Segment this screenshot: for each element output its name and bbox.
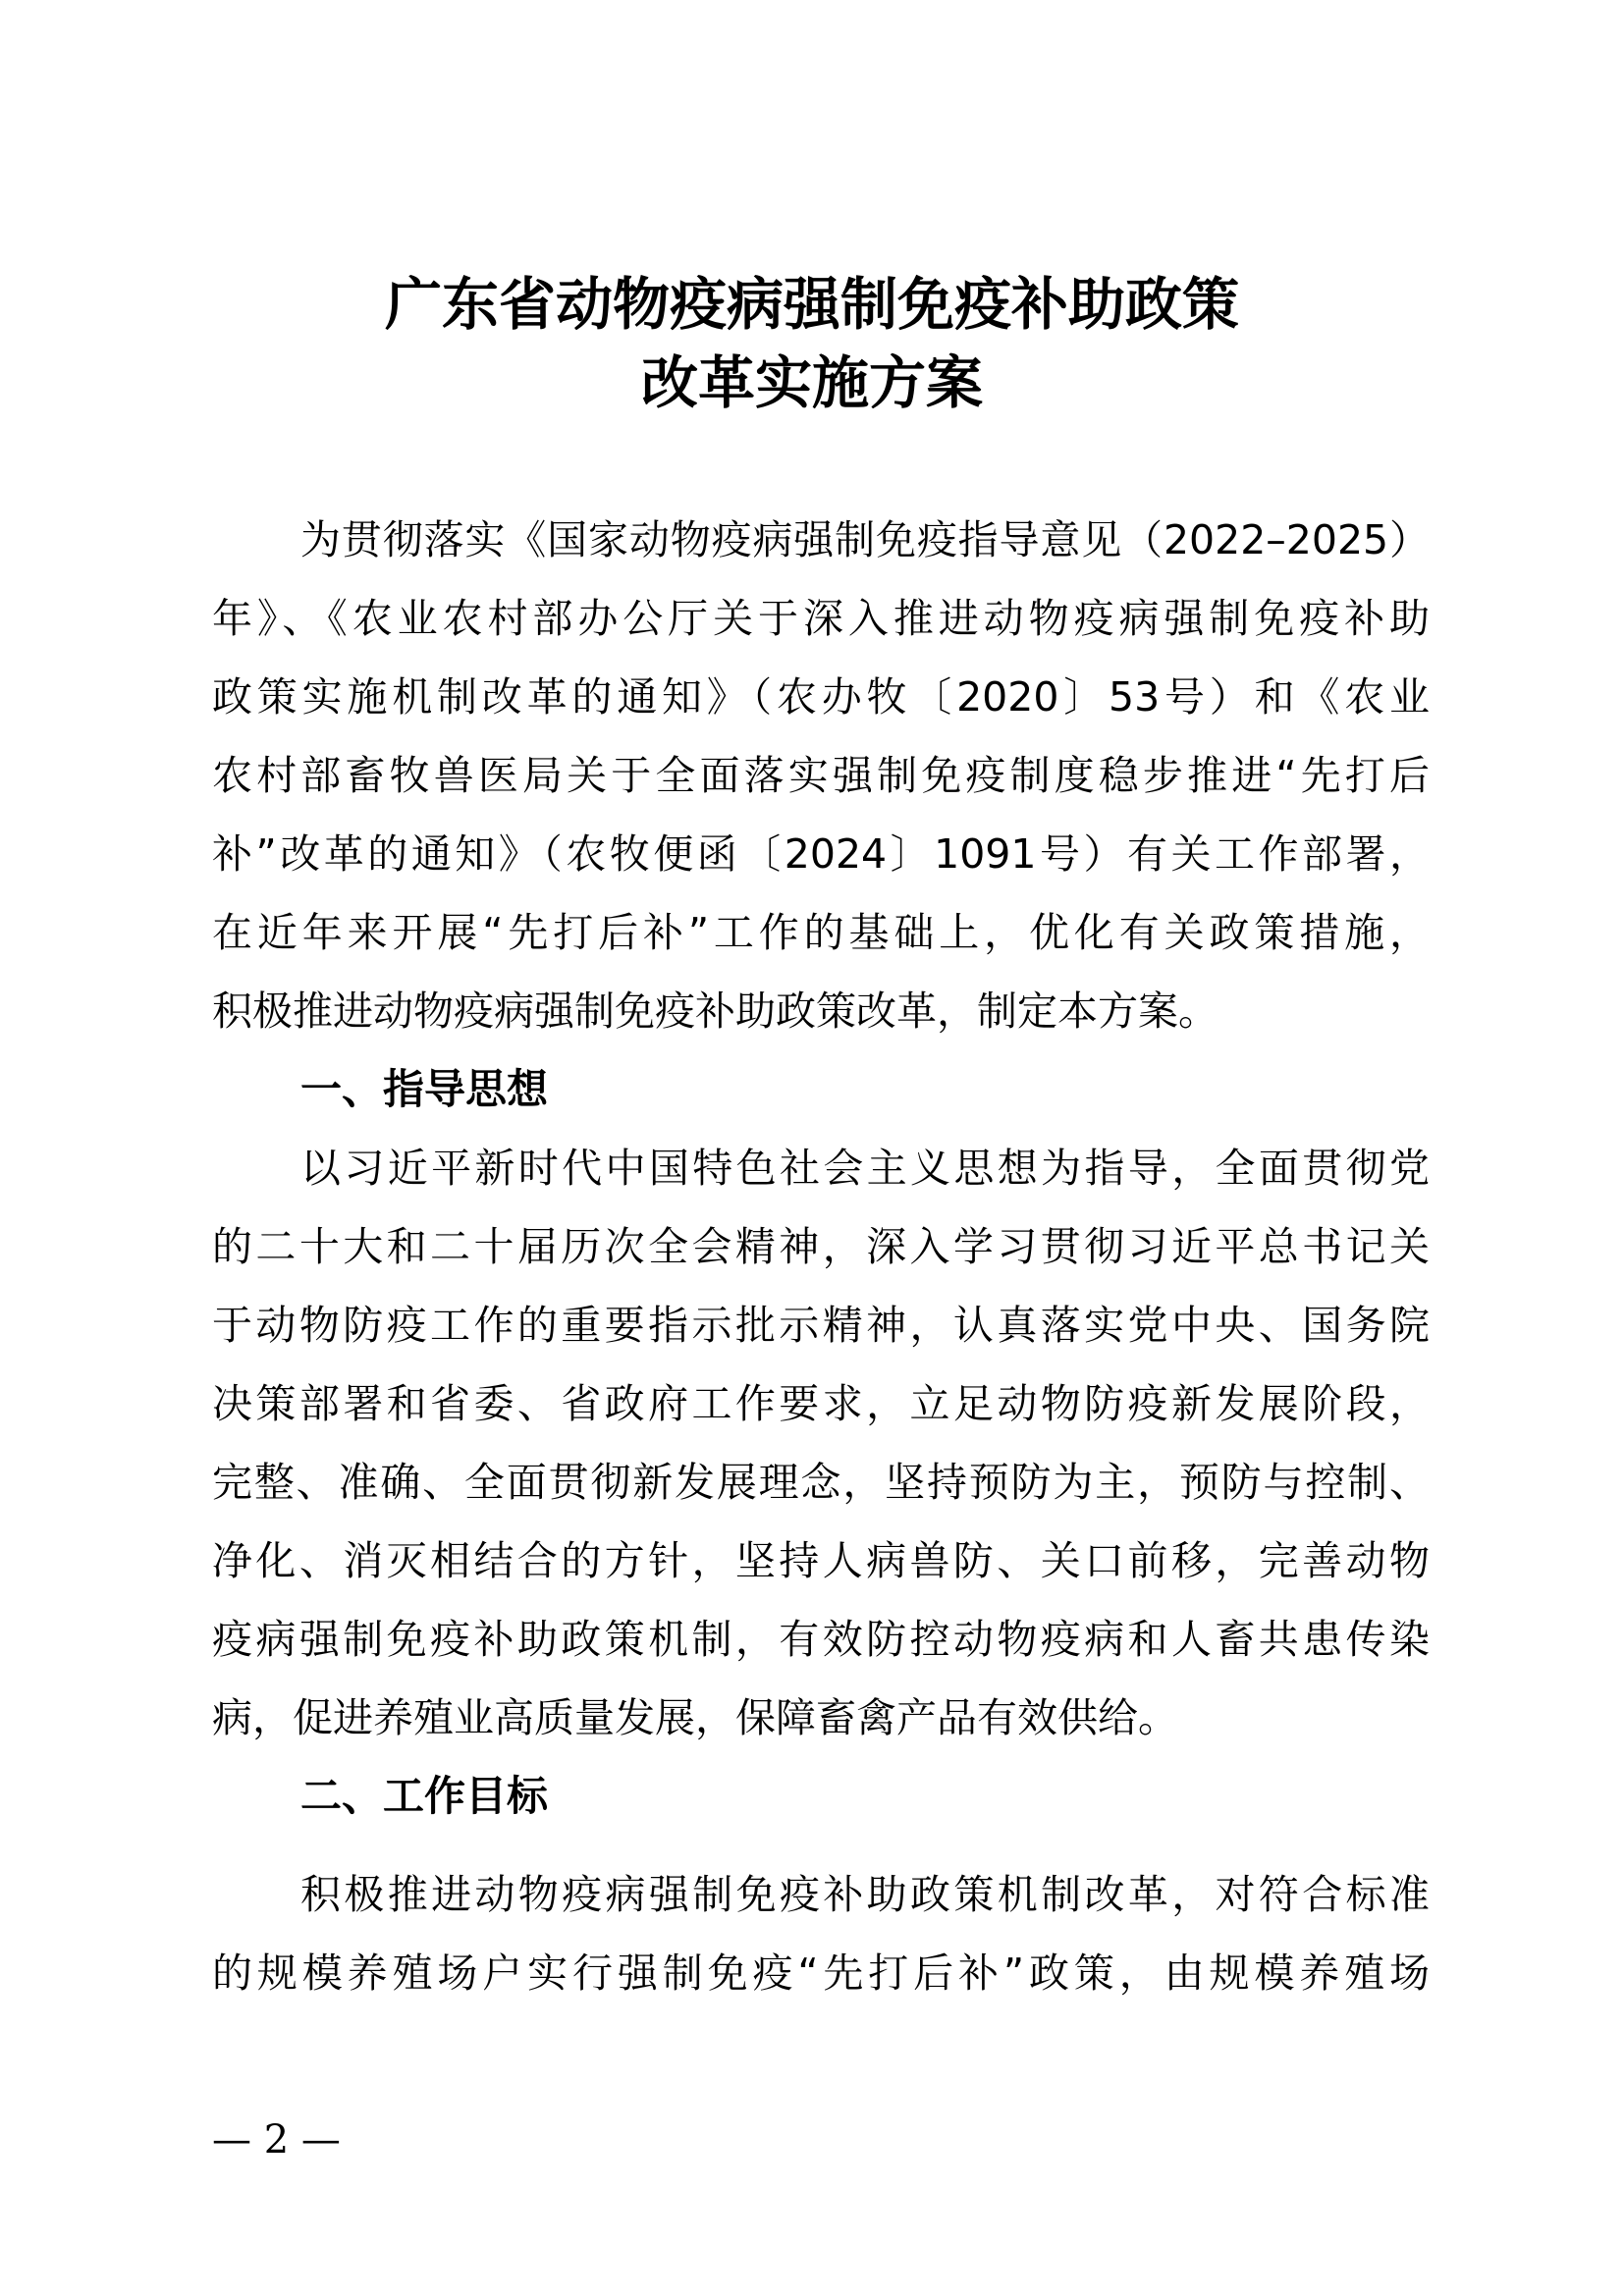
section-heading-guiding-ideology: 一、指导思想 — [300, 1060, 548, 1119]
intro-line-6: 在近年来开展“先打后补”工作的基础上，优化有关政策措施， — [212, 903, 1430, 962]
section1-line-5: 完整、准确、全面贯彻新发展理念，坚持预防为主，预防与控制、 — [212, 1453, 1430, 1512]
section1-line-2: 的二十大和二十届历次全会精神，深入学习贯彻习近平总书记关 — [212, 1217, 1430, 1276]
section1-line-3: 于动物防疫工作的重要指示批示精神，认真落实党中央、国务院 — [212, 1296, 1430, 1355]
intro-line-3: 政策实施机制改革的通知》（农办牧〔2020〕53号）和《农业 — [212, 667, 1430, 726]
intro-line-4: 农村部畜牧兽医局关于全面落实强制免疫制度稳步推进“先打后 — [212, 746, 1430, 805]
intro-line-1: 为贯彻落实《国家动物疫病强制免疫指导意见（2022–2025） — [300, 510, 1430, 569]
section1-line-8: 病，促进养殖业高质量发展，保障畜禽产品有效供给。 — [212, 1688, 1430, 1747]
intro-line-2: 年》、《农业农村部办公厅关于深入推进动物疫病强制免疫补助 — [212, 589, 1430, 648]
section1-line-7: 疫病强制免疫补助政策机制，有效防控动物疫病和人畜共患传染 — [212, 1610, 1430, 1669]
section-heading-work-goals: 二、工作目标 — [300, 1767, 548, 1826]
intro-line-5: 补”改革的通知》（农牧便函〔2024〕1091号）有关工作部署， — [212, 825, 1430, 883]
intro-line-7: 积极推进动物疫病强制免疫补助政策改革，制定本方案。 — [212, 982, 1430, 1041]
page-number: — 2 — — [212, 2110, 341, 2169]
document-page: 广东省动物疫病强制免疫补助政策 改革实施方案 为贯彻落实《国家动物疫病强制免疫指… — [0, 0, 1624, 2296]
section1-line-1: 以习近平新时代中国特色社会主义思想为指导，全面贯彻党 — [300, 1139, 1430, 1198]
document-title-line-1: 广东省动物疫病强制免疫补助政策 — [0, 260, 1624, 348]
section1-line-6: 净化、消灭相结合的方针，坚持人病兽防、关口前移，完善动物 — [212, 1531, 1430, 1590]
section1-line-4: 决策部署和省委、省政府工作要求，立足动物防疫新发展阶段， — [212, 1374, 1430, 1433]
document-title-line-2: 改革实施方案 — [0, 339, 1624, 427]
section2-line-2: 的规模养殖场户实行强制免疫“先打后补”政策，由规模养殖场 — [212, 1944, 1430, 2002]
section2-line-1: 积极推进动物疫病强制免疫补助政策机制改革，对符合标准 — [300, 1865, 1430, 1924]
